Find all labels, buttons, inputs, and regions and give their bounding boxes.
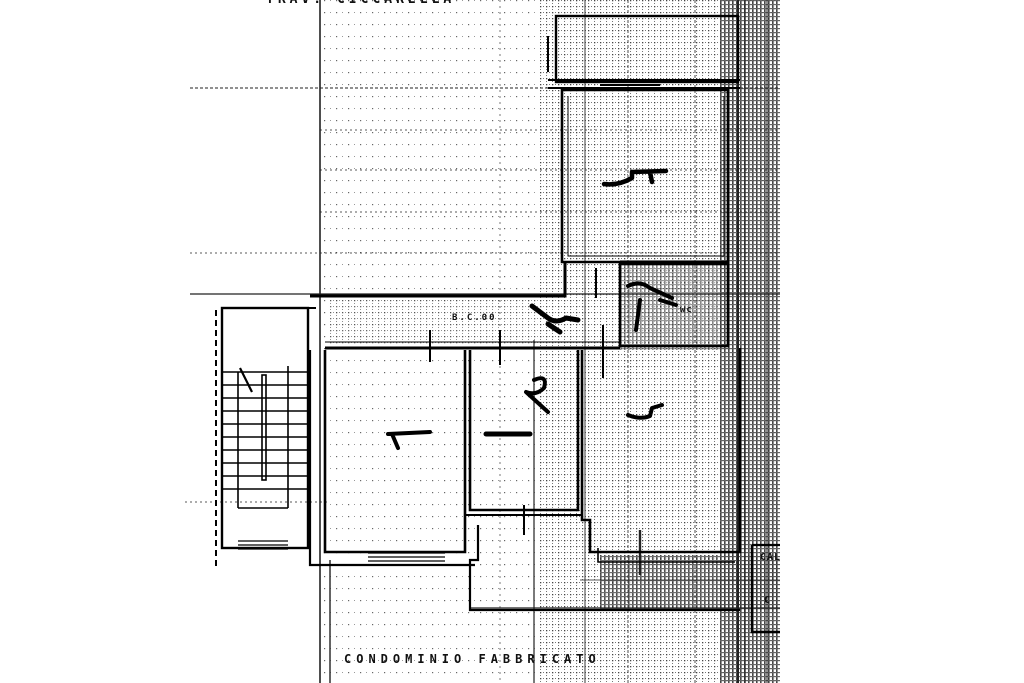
floor-plan [0, 0, 1024, 683]
stair-treads [222, 366, 308, 508]
top-caption: TRAV. CICCARELLA [266, 0, 455, 7]
side-label-top: CAL [760, 552, 780, 563]
bathroom-label: wc [680, 305, 693, 315]
corridor-label: B.C.00 [452, 313, 497, 323]
side-label-bottom: C [764, 595, 774, 606]
bottom-caption: CONDOMINIO FABBRICATO [344, 652, 601, 666]
